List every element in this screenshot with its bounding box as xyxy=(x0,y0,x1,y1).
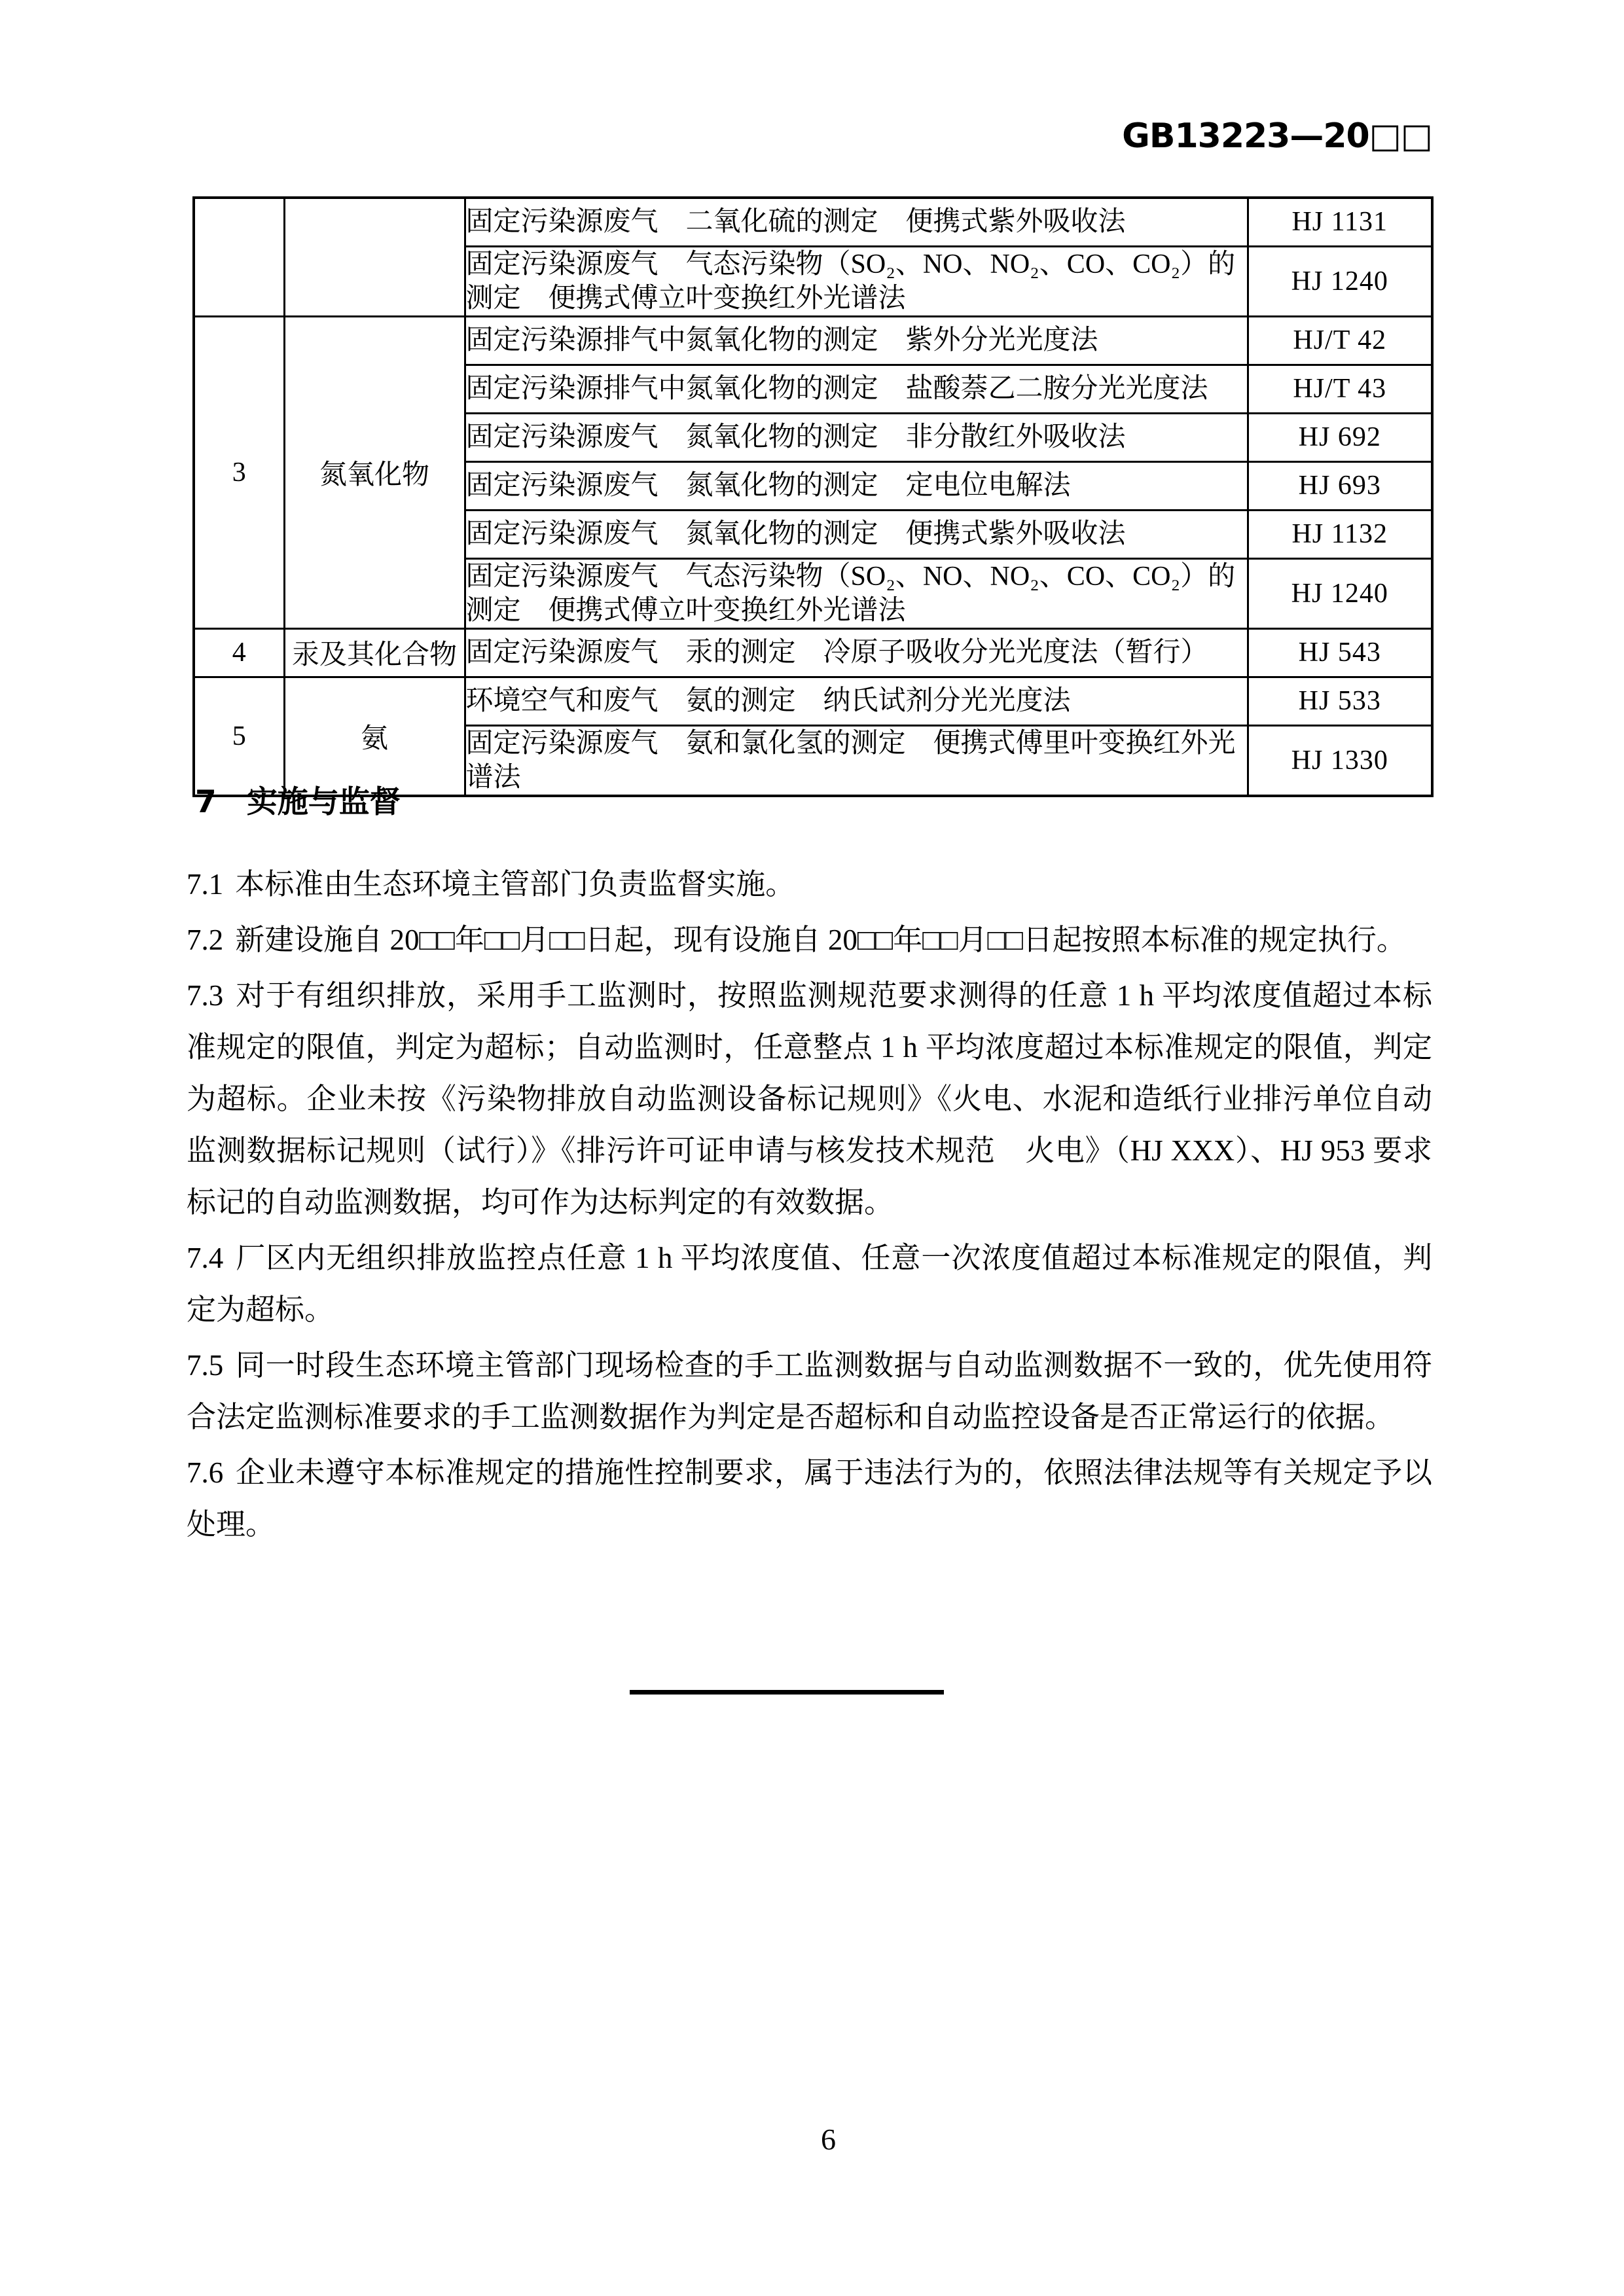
clause-7-2: 7.2新建设施自 20□□年□□月□□日起，现有设施自 20□□年□□月□□日起… xyxy=(187,914,1432,966)
clause-number: 7.2 xyxy=(187,924,235,956)
standard-code-cell: HJ 543 xyxy=(1248,628,1432,677)
clause-7-6: 7.6企业未遵守本标准规定的措施性控制要求，属于违法行为的，依照法律法规等有关规… xyxy=(187,1447,1432,1551)
pollutant-cell: 氮氧化物 xyxy=(284,316,465,628)
row-number-cell: 5 xyxy=(194,677,284,796)
method-standard-cell: 固定污染源排气中氮氧化物的测定 紫外分光光度法 xyxy=(465,316,1248,365)
clause-number: 7.5 xyxy=(187,1349,235,1382)
row-number-cell xyxy=(194,198,284,316)
document-page: GB13223—20□□ 固定污染源废气 二氧化硫的测定 便携式紫外吸收法 HJ… xyxy=(0,0,1624,2296)
method-standard-cell: 固定污染源废气 二氧化硫的测定 便携式紫外吸收法 xyxy=(465,198,1248,246)
clause-number: 7.6 xyxy=(187,1456,235,1489)
standard-code-cell: HJ 533 xyxy=(1248,677,1432,725)
method-standard-cell: 环境空气和废气 氨的测定 纳氏试剂分光光度法 xyxy=(465,677,1248,725)
method-standard-cell: 固定污染源废气 气态污染物（SO₂、NO、NO₂、CO、CO₂）的测定 便携式傅… xyxy=(465,246,1248,316)
table-row: 固定污染源废气 二氧化硫的测定 便携式紫外吸收法 HJ 1131 xyxy=(194,198,1432,246)
section-number: 7 xyxy=(195,784,217,820)
table-row: 3 氮氧化物 固定污染源排气中氮氧化物的测定 紫外分光光度法 HJ/T 42 xyxy=(194,316,1432,365)
clause-text: 新建设施自 20□□年□□月□□日起，现有设施自 20□□年□□月□□日起按照本… xyxy=(235,924,1406,956)
standard-code-cell: HJ/T 42 xyxy=(1248,316,1432,365)
clause-7-5: 7.5同一时段生态环境主管部门现场检查的手工监测数据与自动监测数据不一致的，优先… xyxy=(187,1340,1432,1443)
method-standard-cell: 固定污染源废气 汞的测定 冷原子吸收分光光度法（暂行） xyxy=(465,628,1248,677)
method-standard-cell: 固定污染源废气 氮氧化物的测定 定电位电解法 xyxy=(465,461,1248,510)
section-implementation-supervision: 7实施与监督 7.1本标准由生态环境主管部门负责监督实施。 7.2新建设施自 2… xyxy=(187,783,1432,1554)
method-standard-cell: 固定污染源废气 气态污染物（SO₂、NO、NO₂、CO、CO₂）的测定 便携式傅… xyxy=(465,558,1248,628)
section-heading: 7实施与监督 xyxy=(187,783,1432,822)
end-of-text-divider xyxy=(630,1690,944,1695)
standard-code-cell: HJ 692 xyxy=(1248,413,1432,461)
standard-code-cell: HJ 1240 xyxy=(1248,246,1432,316)
clause-7-3: 7.3对于有组织排放，采用手工监测时，按照监测规范要求测得的任意 1 h 平均浓… xyxy=(187,970,1432,1229)
clause-7-4: 7.4厂区内无组织排放监控点任意 1 h 平均浓度值、任意一次浓度值超过本标准规… xyxy=(187,1232,1432,1336)
table-row: 4 汞及其化合物 固定污染源废气 汞的测定 冷原子吸收分光光度法（暂行） HJ … xyxy=(194,628,1432,677)
clause-number: 7.3 xyxy=(187,979,235,1012)
row-number-cell: 3 xyxy=(194,316,284,628)
clause-text: 本标准由生态环境主管部门负责监督实施。 xyxy=(235,868,795,901)
clause-number: 7.4 xyxy=(187,1242,235,1274)
standard-code-cell: HJ 1240 xyxy=(1248,558,1432,628)
pollutant-cell: 汞及其化合物 xyxy=(284,628,465,677)
method-standard-cell: 固定污染源废气 氮氧化物的测定 非分散红外吸收法 xyxy=(465,413,1248,461)
method-standard-cell: 固定污染源排气中氮氧化物的测定 盐酸萘乙二胺分光光度法 xyxy=(465,365,1248,413)
pollutant-cell: 氨 xyxy=(284,677,465,796)
clause-7-1: 7.1本标准由生态环境主管部门负责监督实施。 xyxy=(187,859,1432,910)
standard-code-cell: HJ 1131 xyxy=(1248,198,1432,246)
table-row: 5 氨 环境空气和废气 氨的测定 纳氏试剂分光光度法 HJ 533 xyxy=(194,677,1432,725)
row-number-cell: 4 xyxy=(194,628,284,677)
pollutant-cell xyxy=(284,198,465,316)
clause-text: 企业未遵守本标准规定的措施性控制要求，属于违法行为的，依照法律法规等有关规定予以… xyxy=(187,1456,1432,1541)
standard-code-cell: HJ/T 43 xyxy=(1248,365,1432,413)
method-standard-cell: 固定污染源废气 氮氧化物的测定 便携式紫外吸收法 xyxy=(465,510,1248,558)
standard-code-cell: HJ 693 xyxy=(1248,461,1432,510)
clause-text: 厂区内无组织排放监控点任意 1 h 平均浓度值、任意一次浓度值超过本标准规定的限… xyxy=(187,1242,1432,1326)
method-standards-table: 固定污染源废气 二氧化硫的测定 便携式紫外吸收法 HJ 1131 固定污染源废气… xyxy=(192,196,1434,797)
clause-text: 同一时段生态环境主管部门现场检查的手工监测数据与自动监测数据不一致的，优先使用符… xyxy=(187,1349,1432,1433)
clause-number: 7.1 xyxy=(187,868,235,901)
section-title: 实施与监督 xyxy=(247,784,401,820)
clause-text: 对于有组织排放，采用手工监测时，按照监测规范要求测得的任意 1 h 平均浓度值超… xyxy=(187,979,1432,1219)
standard-code-cell: HJ 1132 xyxy=(1248,510,1432,558)
standard-number-header: GB13223—20□□ xyxy=(0,117,1432,156)
page-number: 6 xyxy=(821,2122,836,2157)
